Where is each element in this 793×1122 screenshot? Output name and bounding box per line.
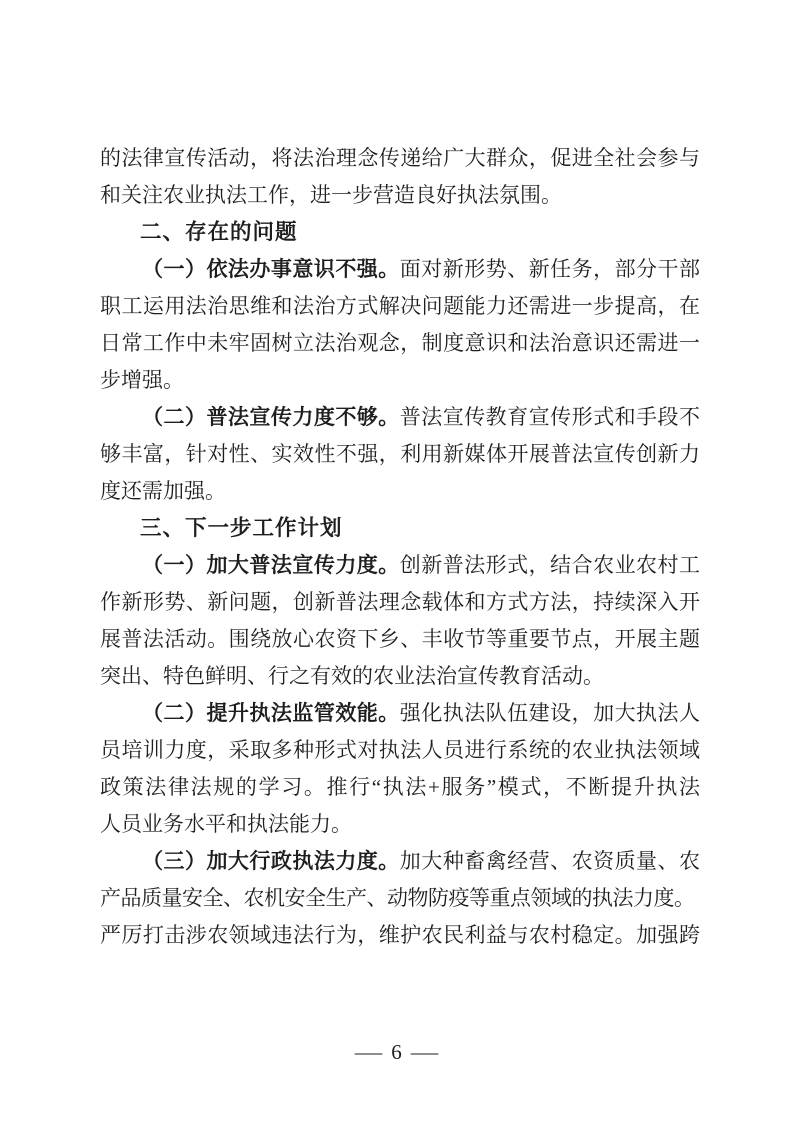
paragraph-lead: （一）依法办事意识不强。	[142, 257, 400, 281]
paragraph-lead: （二）提升执法监管效能。	[142, 701, 400, 725]
text-line: （一）加大普法宣传力度。创新普法形式，结合农业农村工	[100, 547, 700, 584]
text-line: 和关注农业执法工作，进一步营造良好执法氛围。	[100, 177, 700, 214]
paragraph-lead: （一）加大普法宣传力度。	[142, 553, 400, 577]
text-line: 够丰富，针对性、实效性不强，利用新媒体开展普法宣传创新力	[100, 436, 700, 473]
text-line: 严厉打击涉农领域违法行为，维护农民利益与农村稳定。加强跨	[100, 917, 700, 954]
text-line: 政策法律法规的学习。推行“执法+服务”模式，不断提升执法	[100, 769, 700, 806]
text-line: 人员业务水平和执法能力。	[100, 806, 700, 843]
text-line: 的法律宣传活动，将法治理念传递给广大群众，促进全社会参与	[100, 140, 700, 177]
document-body: 的法律宣传活动，将法治理念传递给广大群众，促进全社会参与和关注农业执法工作，进一…	[100, 140, 700, 954]
text-line: 职工运用法治思维和法治方式解决问题能力还需进一步提高，在	[100, 288, 700, 325]
text-line: 员培训力度，采取多种形式对执法人员进行系统的农业执法领域	[100, 732, 700, 769]
paragraph-text: 强化执法队伍建设，加大执法人	[400, 701, 700, 725]
text-line: 度还需加强。	[100, 473, 700, 510]
section-heading: 三、下一步工作计划	[100, 510, 700, 547]
text-line: 作新形势、新问题，创新普法理念载体和方式方法，持续深入开	[100, 584, 700, 621]
text-line: （二）普法宣传力度不够。普法宣传教育宣传形式和手段不	[100, 399, 700, 436]
paragraph-text: 创新普法形式，结合农业农村工	[400, 553, 700, 577]
page-footer: —6—	[0, 1040, 793, 1064]
text-line: （三）加大行政执法力度。加大种畜禽经营、农资质量、农	[100, 843, 700, 880]
text-line: 突出、特色鲜明、行之有效的农业法治宣传教育活动。	[100, 658, 700, 695]
document-page: 的法律宣传活动，将法治理念传递给广大群众，促进全社会参与和关注农业执法工作，进一…	[0, 0, 793, 1122]
paragraph-lead: （二）普法宣传力度不够。	[142, 405, 400, 429]
text-line: （二）提升执法监管效能。强化执法队伍建设，加大执法人	[100, 695, 700, 732]
text-line: （一）依法办事意识不强。面对新形势、新任务，部分干部	[100, 251, 700, 288]
paragraph-lead: （三）加大行政执法力度。	[142, 849, 400, 873]
footer-right-dash: —	[411, 1040, 438, 1064]
paragraph-text: 加大种畜禽经营、农资质量、农	[400, 849, 700, 873]
text-line: 步增强。	[100, 362, 700, 399]
section-heading: 二、存在的问题	[100, 214, 700, 251]
paragraph-text: 面对新形势、新任务，部分干部	[400, 257, 700, 281]
text-line: 展普法活动。围绕放心农资下乡、丰收节等重要节点，开展主题	[100, 621, 700, 658]
page-number: 6	[391, 1040, 402, 1064]
paragraph-text: 普法宣传教育宣传形式和手段不	[400, 405, 700, 429]
text-line: 日常工作中未牢固树立法治观念，制度意识和法治意识还需进一	[100, 325, 700, 362]
text-line: 产品质量安全、农机安全生产、动物防疫等重点领域的执法力度。	[100, 880, 700, 917]
footer-left-dash: —	[355, 1040, 382, 1064]
